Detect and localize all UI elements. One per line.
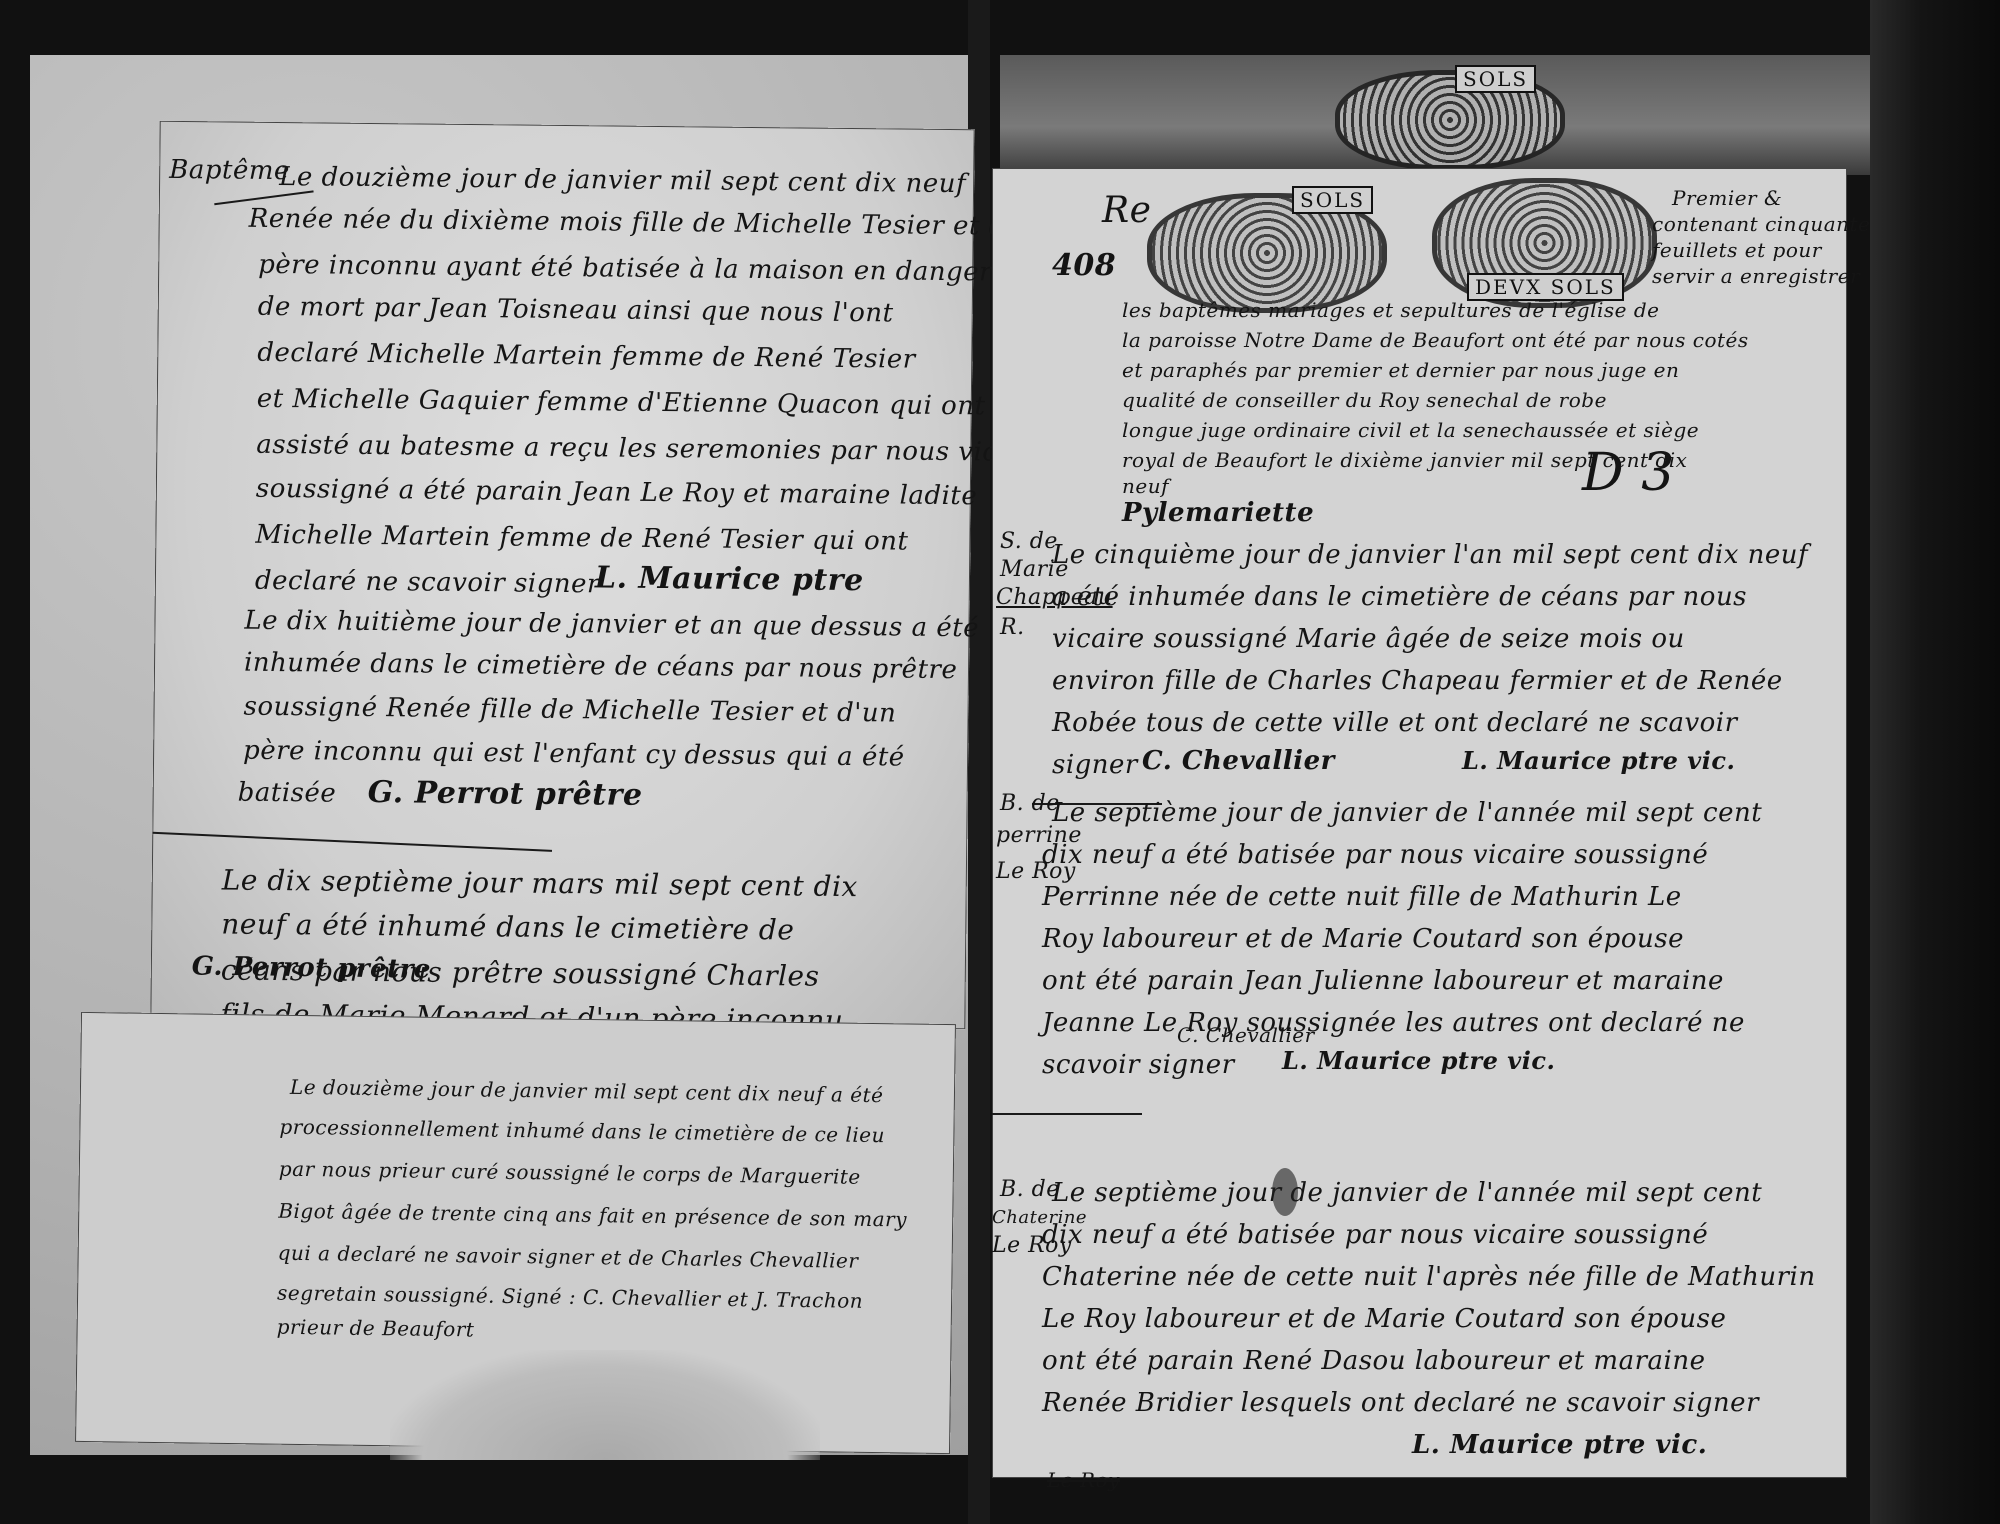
entry-r1-signature: L. Maurice ptre vic.	[1462, 746, 1735, 775]
folio-prefix: Re	[1102, 190, 1151, 231]
entry-r1-line: signer	[1052, 750, 1138, 780]
entry-2-line: Le dix huitième jour de janvier et an qu…	[244, 606, 979, 644]
entry-r3-margin: B. de	[1000, 1176, 1060, 1204]
entry-r1-line: Robée tous de cette ville et ont declaré…	[1052, 708, 1738, 738]
entry-1-line: soussigné a été parain Jean Le Roy et ma…	[256, 474, 978, 512]
scanned-register-spread: SOLS Baptême Le douzième jour de janvier…	[0, 0, 2000, 1524]
entry-2-line: soussigné Renée fille de Michelle Tesier…	[243, 692, 896, 729]
footer-note: Le Roy	[1047, 1468, 1120, 1492]
entry-2-line: inhumée dans le cimetière de céans par n…	[244, 648, 958, 685]
entry-r2-line: Jeanne Le Roy soussignée les autres ont …	[1042, 1008, 1745, 1038]
entry-3-signature: G. Perrot prêtre	[191, 951, 431, 984]
entry-r2-margin: B. de	[1000, 790, 1060, 818]
entry-1-margin: Baptême	[169, 156, 290, 185]
entry-r1-line: Le cinquième jour de janvier l'an mil se…	[1052, 540, 1808, 570]
entry-separator	[992, 1113, 1142, 1115]
stamp-label-right: DEVX SOLS	[1467, 273, 1624, 301]
entry-3-line: neuf a été inhumé dans le cimetière de	[221, 907, 794, 946]
entry-r3-line: Le Roy laboureur et de Marie Coutard son…	[1042, 1304, 1726, 1334]
water-stain	[390, 1350, 820, 1460]
entry-r1-margin: R.	[1000, 614, 1025, 642]
entry-2-line: batisée	[238, 778, 337, 809]
entry-r3-line: Renée Bridier lesquels ont declaré ne sc…	[1042, 1388, 1759, 1418]
entry-r2-line: dix neuf a été batisée par nous vicaire …	[1042, 840, 1708, 870]
entry-r1-line: environ fille de Charles Chapeau fermier…	[1052, 666, 1783, 696]
preamble-line: la paroisse Notre Dame de Beaufort ont é…	[1122, 328, 1749, 352]
entry-r2-signature: L. Maurice ptre vic.	[1282, 1046, 1555, 1075]
preamble-signature: Pylemariette	[1122, 498, 1314, 528]
entry-1-signature: L. Maurice ptre	[595, 560, 864, 598]
entry-4-line: qui a declaré ne savoir signer et de Cha…	[278, 1241, 859, 1273]
preamble-line: qualité de conseiller du Roy senechal de…	[1122, 388, 1607, 412]
entry-r3-line: ont été parain René Dasou laboureur et m…	[1042, 1346, 1705, 1376]
stamp-label-left: SOLS	[1292, 186, 1373, 214]
header-note-line: Premier &	[1672, 186, 1782, 210]
entry-4-line: prieur de Beaufort	[277, 1315, 475, 1342]
preamble-line: et paraphés par premier et dernier par n…	[1122, 358, 1679, 382]
folio-number: 408	[1052, 248, 1116, 283]
right-page-sheet: Re 408 SOLS DEVX SOLS Premier & contenan…	[992, 168, 1847, 1478]
entry-1-line: père inconnu ayant été batisée à la mais…	[258, 250, 992, 288]
entry-r2-signature: C. Chevallier	[1177, 1023, 1315, 1047]
entry-2-signature: G. Perrot prêtre	[368, 775, 643, 813]
ink-blot	[1272, 1168, 1298, 1216]
entry-1-line: Renée née du dixième mois fille de Miche…	[249, 204, 1049, 242]
entry-r3-line: Chaterine née de cette nuit l'après née …	[1042, 1262, 1816, 1292]
entry-1-line: declaré ne scavoir signer	[255, 566, 600, 600]
entry-r2-line: Le septième jour de janvier de l'année m…	[1052, 798, 1762, 828]
preamble-line: les baptêmes mariages et sepultures de l…	[1122, 298, 1659, 322]
header-note-line: servir a enregistrer	[1652, 264, 1860, 288]
header-note-line: contenant cinquante	[1652, 212, 1870, 236]
entry-4-line: Le douzième jour de janvier mil sept cen…	[290, 1075, 884, 1107]
entry-1-line: Michelle Martein femme de René Tesier qu…	[255, 520, 908, 557]
entry-r1-margin: S. de	[1000, 528, 1058, 556]
stamp-label-top: SOLS	[1455, 65, 1536, 93]
right-binding-edge	[1870, 0, 2000, 1524]
entry-1-line: assisté au batesme a reçu les seremonies…	[256, 430, 1051, 468]
entry-1-line: Le douzième jour de janvier mil sept cen…	[279, 162, 966, 199]
left-page-sheet: Baptême Le douzième jour de janvier mil …	[150, 121, 974, 1029]
entry-r3-signature: L. Maurice ptre vic.	[1412, 1430, 1707, 1460]
paraph-mark: D 3	[1582, 443, 1675, 503]
entry-separator	[152, 832, 552, 852]
entry-r3-line: Le septième jour de janvier de l'année m…	[1052, 1178, 1762, 1208]
entry-r1-line: a été inhumée dans le cimetière de céans…	[1052, 582, 1747, 612]
entry-r2-line: Roy laboureur et de Marie Coutard son ép…	[1042, 924, 1684, 954]
entry-r1-signature: C. Chevallier	[1142, 746, 1335, 776]
preamble-line: longue juge ordinaire civil et la senech…	[1122, 418, 1699, 442]
entry-1-line: de mort par Jean Toisneau ainsi que nous…	[258, 292, 894, 329]
entry-r3-line: dix neuf a été batisée par nous vicaire …	[1042, 1220, 1708, 1250]
entry-r2-line: ont été parain Jean Julienne laboureur e…	[1042, 966, 1724, 996]
entry-4-line: par nous prieur curé soussigné le corps …	[279, 1157, 861, 1189]
header-note-line: feuillets et pour	[1652, 238, 1822, 262]
preamble-line: neuf	[1122, 474, 1169, 498]
entry-r1-line: vicaire soussigné Marie âgée de seize mo…	[1052, 624, 1685, 654]
entry-4-line: segretain soussigné. Signé : C. Chevalli…	[277, 1281, 863, 1313]
entry-1-line: et Michelle Gaquier femme d'Etienne Quac…	[257, 384, 986, 422]
entry-2-line: père inconnu qui est l'enfant cy dessus …	[243, 736, 905, 773]
entry-3-line: Le dix septième jour mars mil sept cent …	[222, 863, 858, 903]
entry-1-line: declaré Michelle Martein femme de René T…	[257, 338, 916, 375]
entry-r2-line: scavoir signer	[1042, 1050, 1235, 1080]
entry-4-line: processionnellement inhumé dans le cimet…	[279, 1115, 885, 1147]
entry-4-line: Bigot âgée de trente cinq ans fait en pr…	[278, 1199, 907, 1232]
entry-r2-line: Perrinne née de cette nuit fille de Math…	[1042, 882, 1682, 912]
